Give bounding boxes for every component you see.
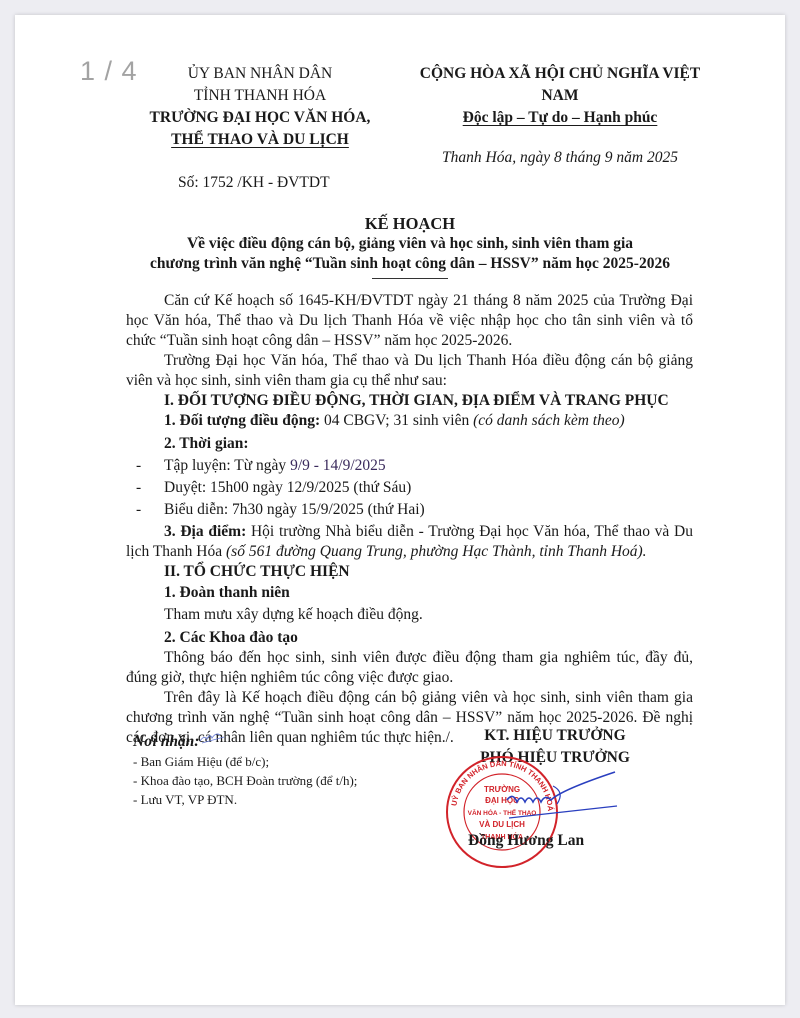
title-line-2: chương trình văn nghệ “Tuần sinh hoạt cô… bbox=[120, 254, 700, 274]
handwritten-signature-icon bbox=[505, 770, 625, 840]
item-location: 3. Địa điểm: Hội trường Nhà biểu diễn - … bbox=[126, 522, 693, 562]
national-header: CỘNG HÒA XÃ HỘI CHỦ NGHĨA VIỆT NAM Độc l… bbox=[400, 63, 720, 169]
agency-line-1: ỦY BAN NHÂN DÂN bbox=[140, 63, 380, 85]
youth-union-heading: 1. Đoàn thanh niên bbox=[126, 583, 693, 603]
agency-line-4: THỂ THAO VÀ DU LỊCH bbox=[140, 129, 380, 151]
schedule-performance: -Biểu diễn: 7h30 ngày 15/9/2025 (thứ Hai… bbox=[126, 500, 693, 520]
document-title: KẾ HOẠCH Về việc điều động cán bộ, giảng… bbox=[120, 214, 700, 279]
faculties-heading: 2. Các Khoa đào tạo bbox=[126, 628, 693, 648]
national-motto: Độc lập – Tự do – Hạnh phúc bbox=[463, 109, 658, 126]
title-line-1: Về việc điều động cán bộ, giảng viên và … bbox=[120, 234, 700, 254]
document-type: KẾ HOẠCH bbox=[120, 214, 700, 234]
document-body: Căn cứ Kế hoạch số 1645-KH/ĐVTDT ngày 21… bbox=[126, 291, 693, 748]
recipient-item: - Khoa đào tạo, BCH Đoàn trường (để t/h)… bbox=[133, 771, 357, 790]
agency-line-3: TRƯỜNG ĐẠI HỌC VĂN HÓA, bbox=[140, 107, 380, 129]
signer-name: Đồng Hương Lan bbox=[468, 832, 584, 850]
issuing-agency: ỦY BAN NHÂN DÂN TỈNH THANH HÓA TRƯỜNG ĐẠ… bbox=[140, 63, 380, 151]
agency-line-2: TỈNH THANH HÓA bbox=[140, 85, 380, 107]
title-divider bbox=[372, 278, 448, 279]
section-2-heading: II. TỔ CHỨC THỰC HIỆN bbox=[126, 562, 693, 582]
paragraph-basis: Căn cứ Kế hoạch số 1645-KH/ĐVTDT ngày 21… bbox=[126, 291, 693, 351]
handwritten-initials-icon bbox=[198, 729, 228, 745]
item-participants: 1. Đối tượng điều động: 04 CBGV; 31 sinh… bbox=[126, 411, 693, 431]
youth-union-task: Tham mưu xây dựng kế hoạch điều động. bbox=[126, 605, 693, 625]
paragraph-intro: Trường Đại học Văn hóa, Thể thao và Du l… bbox=[126, 351, 693, 391]
item-time: 2. Thời gian: bbox=[126, 434, 693, 454]
issue-date: Thanh Hóa, ngày 8 tháng 9 năm 2025 bbox=[400, 147, 720, 169]
recipients: Nơi nhận: - Ban Giám Hiệu (để b/c); - Kh… bbox=[133, 732, 357, 809]
page-indicator: 1 / 4 bbox=[80, 56, 138, 87]
schedule-review: -Duyệt: 15h00 ngày 12/9/2025 (thứ Sáu) bbox=[126, 478, 693, 498]
section-1-heading: I. ĐỐI TƯỢNG ĐIỀU ĐỘNG, THỜI GIAN, ĐỊA Đ… bbox=[126, 391, 693, 411]
recipients-heading: Nơi nhận: bbox=[133, 732, 357, 752]
signer-authority: KT. HIỆU TRƯỞNG bbox=[440, 725, 670, 747]
recipient-item: - Lưu VT, VP ĐTN. bbox=[133, 790, 357, 809]
schedule-rehearsal: -Tập luyện: Từ ngày 9/9 - 14/9/2025 bbox=[126, 456, 693, 476]
recipient-item: - Ban Giám Hiệu (để b/c); bbox=[133, 752, 357, 771]
faculties-task: Thông báo đến học sinh, sinh viên được đ… bbox=[126, 648, 693, 688]
document-number: Số: 1752 /KH - ĐVTDT bbox=[178, 174, 330, 192]
nation-name: CỘNG HÒA XÃ HỘI CHỦ NGHĨA VIỆT NAM bbox=[400, 63, 720, 107]
